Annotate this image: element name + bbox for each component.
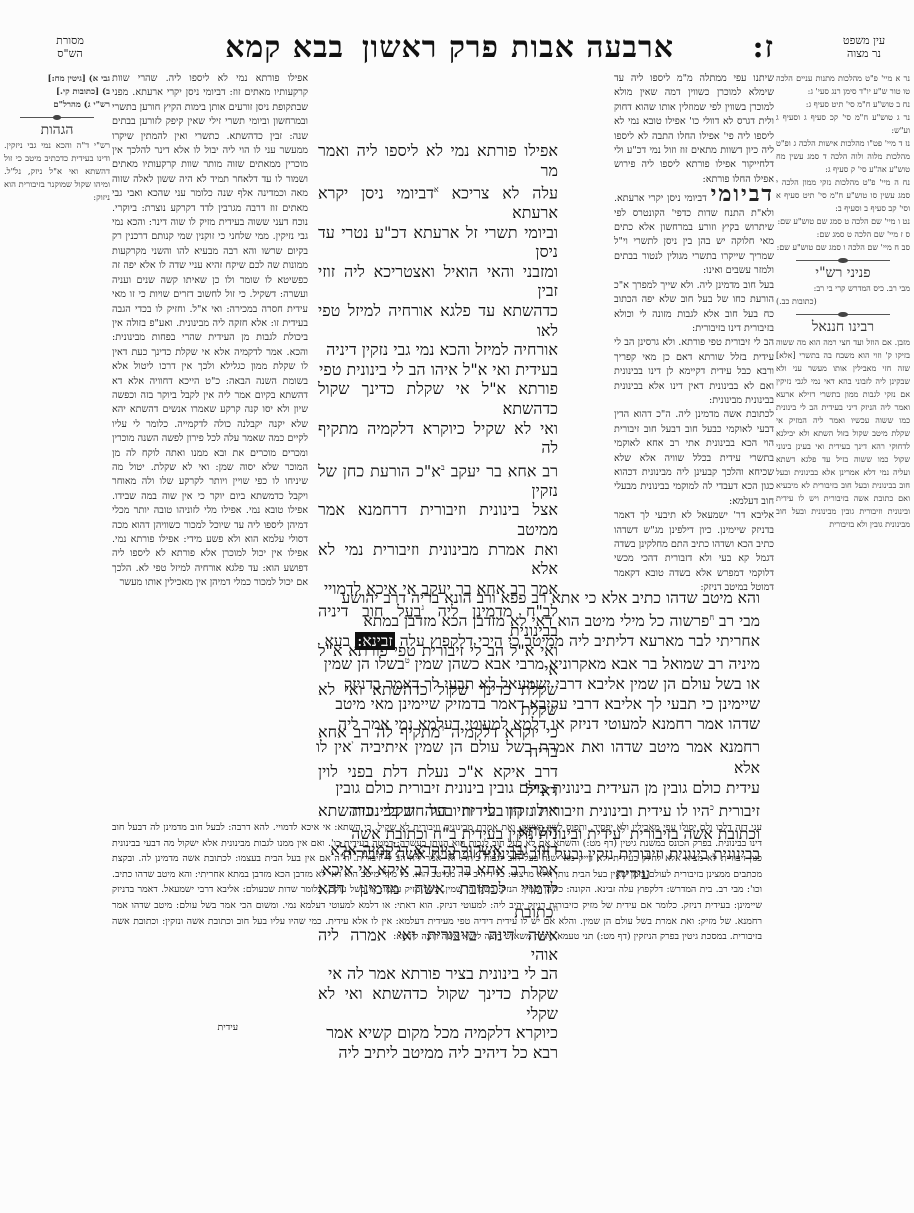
chapter-name: ארבעה אבות — [511, 30, 674, 65]
tosafot-para: דביומי דביומי ניסן יקרי ארעתא. ולא"ת התנ… — [614, 187, 774, 278]
gemara-line: פורתא א"ל אי שקלת כדינך שקול כדהשתא — [318, 379, 558, 418]
gemara-line: אחריתי לבר מארעא דליתיב ליה ממיטב כי היכ… — [316, 631, 760, 651]
rabbeinu-chananel-text: מזבן. אם הוזל ועד חצי רמה הוא מה ששוה בז… — [776, 336, 910, 531]
gemara-line: שקלת כדינך שקול כדהשתא ואי לא שקלי — [318, 984, 558, 1023]
bottom-commentary: עני דזה דלכו ולם יסולו עפי מאכילין ולא י… — [112, 820, 762, 945]
gemara-line: רב אחא בר יעקב בא"כ הורעת כחן של נזקין — [318, 458, 558, 501]
tractate-name: בבא קמא — [225, 30, 344, 65]
ein-mishpat-column: נר א מיי' פ"ט מהלכות מתנות עניים הלכה טו… — [776, 72, 910, 531]
gemara-line: בעידית ואי א"ל איהו הב לי בינונית טפי — [318, 360, 558, 380]
gemara-line: שיימינן כי תבעי לך אליבא דרבי עקיבא דאמר… — [316, 694, 760, 714]
tosafot-column: שיתנו עפי ממתלה מ"מ ליספו ליה עד שימלא ל… — [614, 72, 774, 596]
ornamental-divider — [796, 260, 890, 261]
gemara-line: רבא כל דיהיב ליה ממיטב ליתיב ליה — [318, 1043, 558, 1063]
pninei-rashi-title: פניני רש"י — [776, 267, 910, 280]
gemara-line: מיניה רב שמואל בר אבא מאקרוניא מרבי אבא … — [316, 651, 760, 674]
masoret-label: מסורת — [30, 34, 110, 47]
gemara-line: רחמנא אמר מיטב שדהו ואת אמרת בשל עולם הן… — [316, 734, 760, 777]
gemara-line: אורחיה למיזל והכא נמי גבי נזקין דיניה — [318, 340, 558, 360]
pninei-rashi-ref: (כתובות כב.) — [776, 295, 910, 308]
highlighted-word[interactable]: זבינא: — [355, 632, 395, 650]
ein-mishpat-entry: נט ו מיי' שם הלכה ט סמג שם טוש"ע שם: — [776, 215, 910, 228]
masoret-column: גבי א) [גיטין מח:] ב) [כתובות קי.] רש"י … — [4, 72, 110, 204]
ornamental-divider — [20, 117, 94, 118]
ein-mishpat-header: עין משפט נר מצוה — [824, 34, 904, 60]
hagahot-text: רש"י ד"ה והכא נמי גבי ניזקין. ודינו בעיד… — [4, 139, 110, 204]
ein-mishpat-entry: ס ז מיי' שם הלכה ט סמג שם: — [776, 228, 910, 241]
gemara-line: והא מיטב שדהו כתיב אלא כי אתא רב פפא ורב… — [316, 588, 760, 608]
rashi-text: אפילו פורתא נמי לא ליספו ליה. שהרי שוות … — [112, 72, 308, 591]
gemara-line: מבי רב חפרשוה כל מילי מיטב הוא דאי לא מז… — [316, 608, 760, 631]
gemara-line: ואי לא שקיל כיוקרא דלקמיה מתקיף לה — [318, 419, 558, 458]
bottom-commentary-text: עני דזה דלכו ולם יסולו עפי מאכילין ולא י… — [112, 822, 762, 942]
gemara-line: וביומי תשרי זל ארעתא דכ"ע נטרי עד ניסן — [318, 223, 558, 262]
gemara-line: אצל בינונית וזיבורית דרחמנא אמר ממיטב — [318, 500, 558, 539]
gemara-line: או בשל עולם הן שמין אליבא דרבי ישמעאל לא… — [316, 674, 760, 694]
masoret-ref: ב) [כתובות קי.] — [4, 85, 110, 98]
gemara-line: ומזבני והאי הואיל ואצטריכא ליה זוזי זבין — [318, 262, 558, 301]
ner-mitzvah-label: נר מצוה — [824, 47, 904, 60]
gemara-line: הב לי בינונית בציר פורתא אמר לה אי — [318, 964, 558, 984]
ein-mishpat-entry: נח ב טוש"ע ח"מ סי' תיט סעיף ג: — [776, 98, 910, 111]
ein-mishpat-entry: נח ה מיי' פ"ט מהלכות נזקי ממון הלכה י סמ… — [776, 176, 910, 215]
ornamental-divider — [796, 314, 890, 315]
tosafot-para: אליבא דר' ישמעאל לא תיבעי לך דאמר בדניזק… — [614, 509, 774, 595]
gemara-line: כדהשתא עד פלגא אורחיה למיזל טפי לאו — [318, 301, 558, 340]
chapter-number: פרק ראשון — [362, 30, 499, 65]
tosafot-para: הב לי זיבורית טפי פורתא. ולא גרסינן הב ל… — [614, 336, 774, 408]
rashi-column: אפילו פורתא נמי לא ליספו ליה. שהרי שוות … — [112, 72, 308, 757]
hagahot-title: הגהות — [4, 124, 110, 137]
pninei-rashi-text: מבי רב. כיס המדרש קרי בי רב: — [776, 282, 910, 295]
ein-mishpat-entry: נז ד מיי' פט"ו מהלכות אישות הלכה ג ופ"ט … — [776, 137, 910, 176]
ein-mishpat-label: עין משפט — [824, 34, 904, 47]
masoret-header: מסורת הש"ס — [30, 34, 110, 60]
tosafot-para: שיתנו עפי ממתלה מ"מ ליספו ליה עד שימלא ל… — [614, 72, 774, 187]
gemara-line: שדהו אמר רחמנא למעוטי דניזק או דלמא למעו… — [316, 714, 760, 734]
gemara-line: זיבורית כהיו לו עידית ובינונית וזיבורית … — [316, 798, 760, 821]
gemara-line: עידית כולם גובין מן העידית בינונית כולם … — [316, 778, 760, 798]
rabbeinu-chananel-title: רבינו חננאל — [776, 321, 910, 334]
gemara-line: כיוקרא דלקמיה מכל מקום קשיא אמר — [318, 1023, 558, 1043]
bottom-end-word: עידית — [178, 1020, 238, 1036]
masoret-ref: רש"י ג) מהרל"ם — [4, 98, 110, 111]
tosafot-para: לכתובת אשה מדמינן ליה. ה"כ דהוא הדין דבע… — [614, 408, 774, 509]
ein-mishpat-entry: סב ח מיי' שם הלכה ו סמג שם טוש"ע שם: — [776, 241, 910, 254]
ein-mishpat-entry: נר א מיי' פ"ט מהלכות מתנות עניים הלכה טו… — [776, 72, 910, 98]
masoret-ref: גבי א) [גיטין מח:] — [4, 72, 110, 85]
gemara-line: אפילו פורתא נמי לא ליספו ליה ואמר מר — [318, 141, 558, 180]
dibbur-hamatchil: דביומי — [711, 181, 774, 207]
gemara-line: ואת אמרת מבינונית וזיבורית נמי לא אלא — [318, 540, 558, 579]
gemara-line: עלה לא צריכא אדביומי ניסן יקרא ארעתא — [318, 180, 558, 223]
ein-mishpat-entry: נר ג טוש"ע ח"מ סי' קכ סעיף ג וסעיף ג וע"… — [776, 111, 910, 137]
tosafot-para: בעל חוב מדמינן ליה. ולא שייך למפרך א"כ ה… — [614, 279, 774, 337]
hashas-label: הש"ס — [30, 47, 110, 60]
folio-number: ז: — [753, 30, 774, 65]
